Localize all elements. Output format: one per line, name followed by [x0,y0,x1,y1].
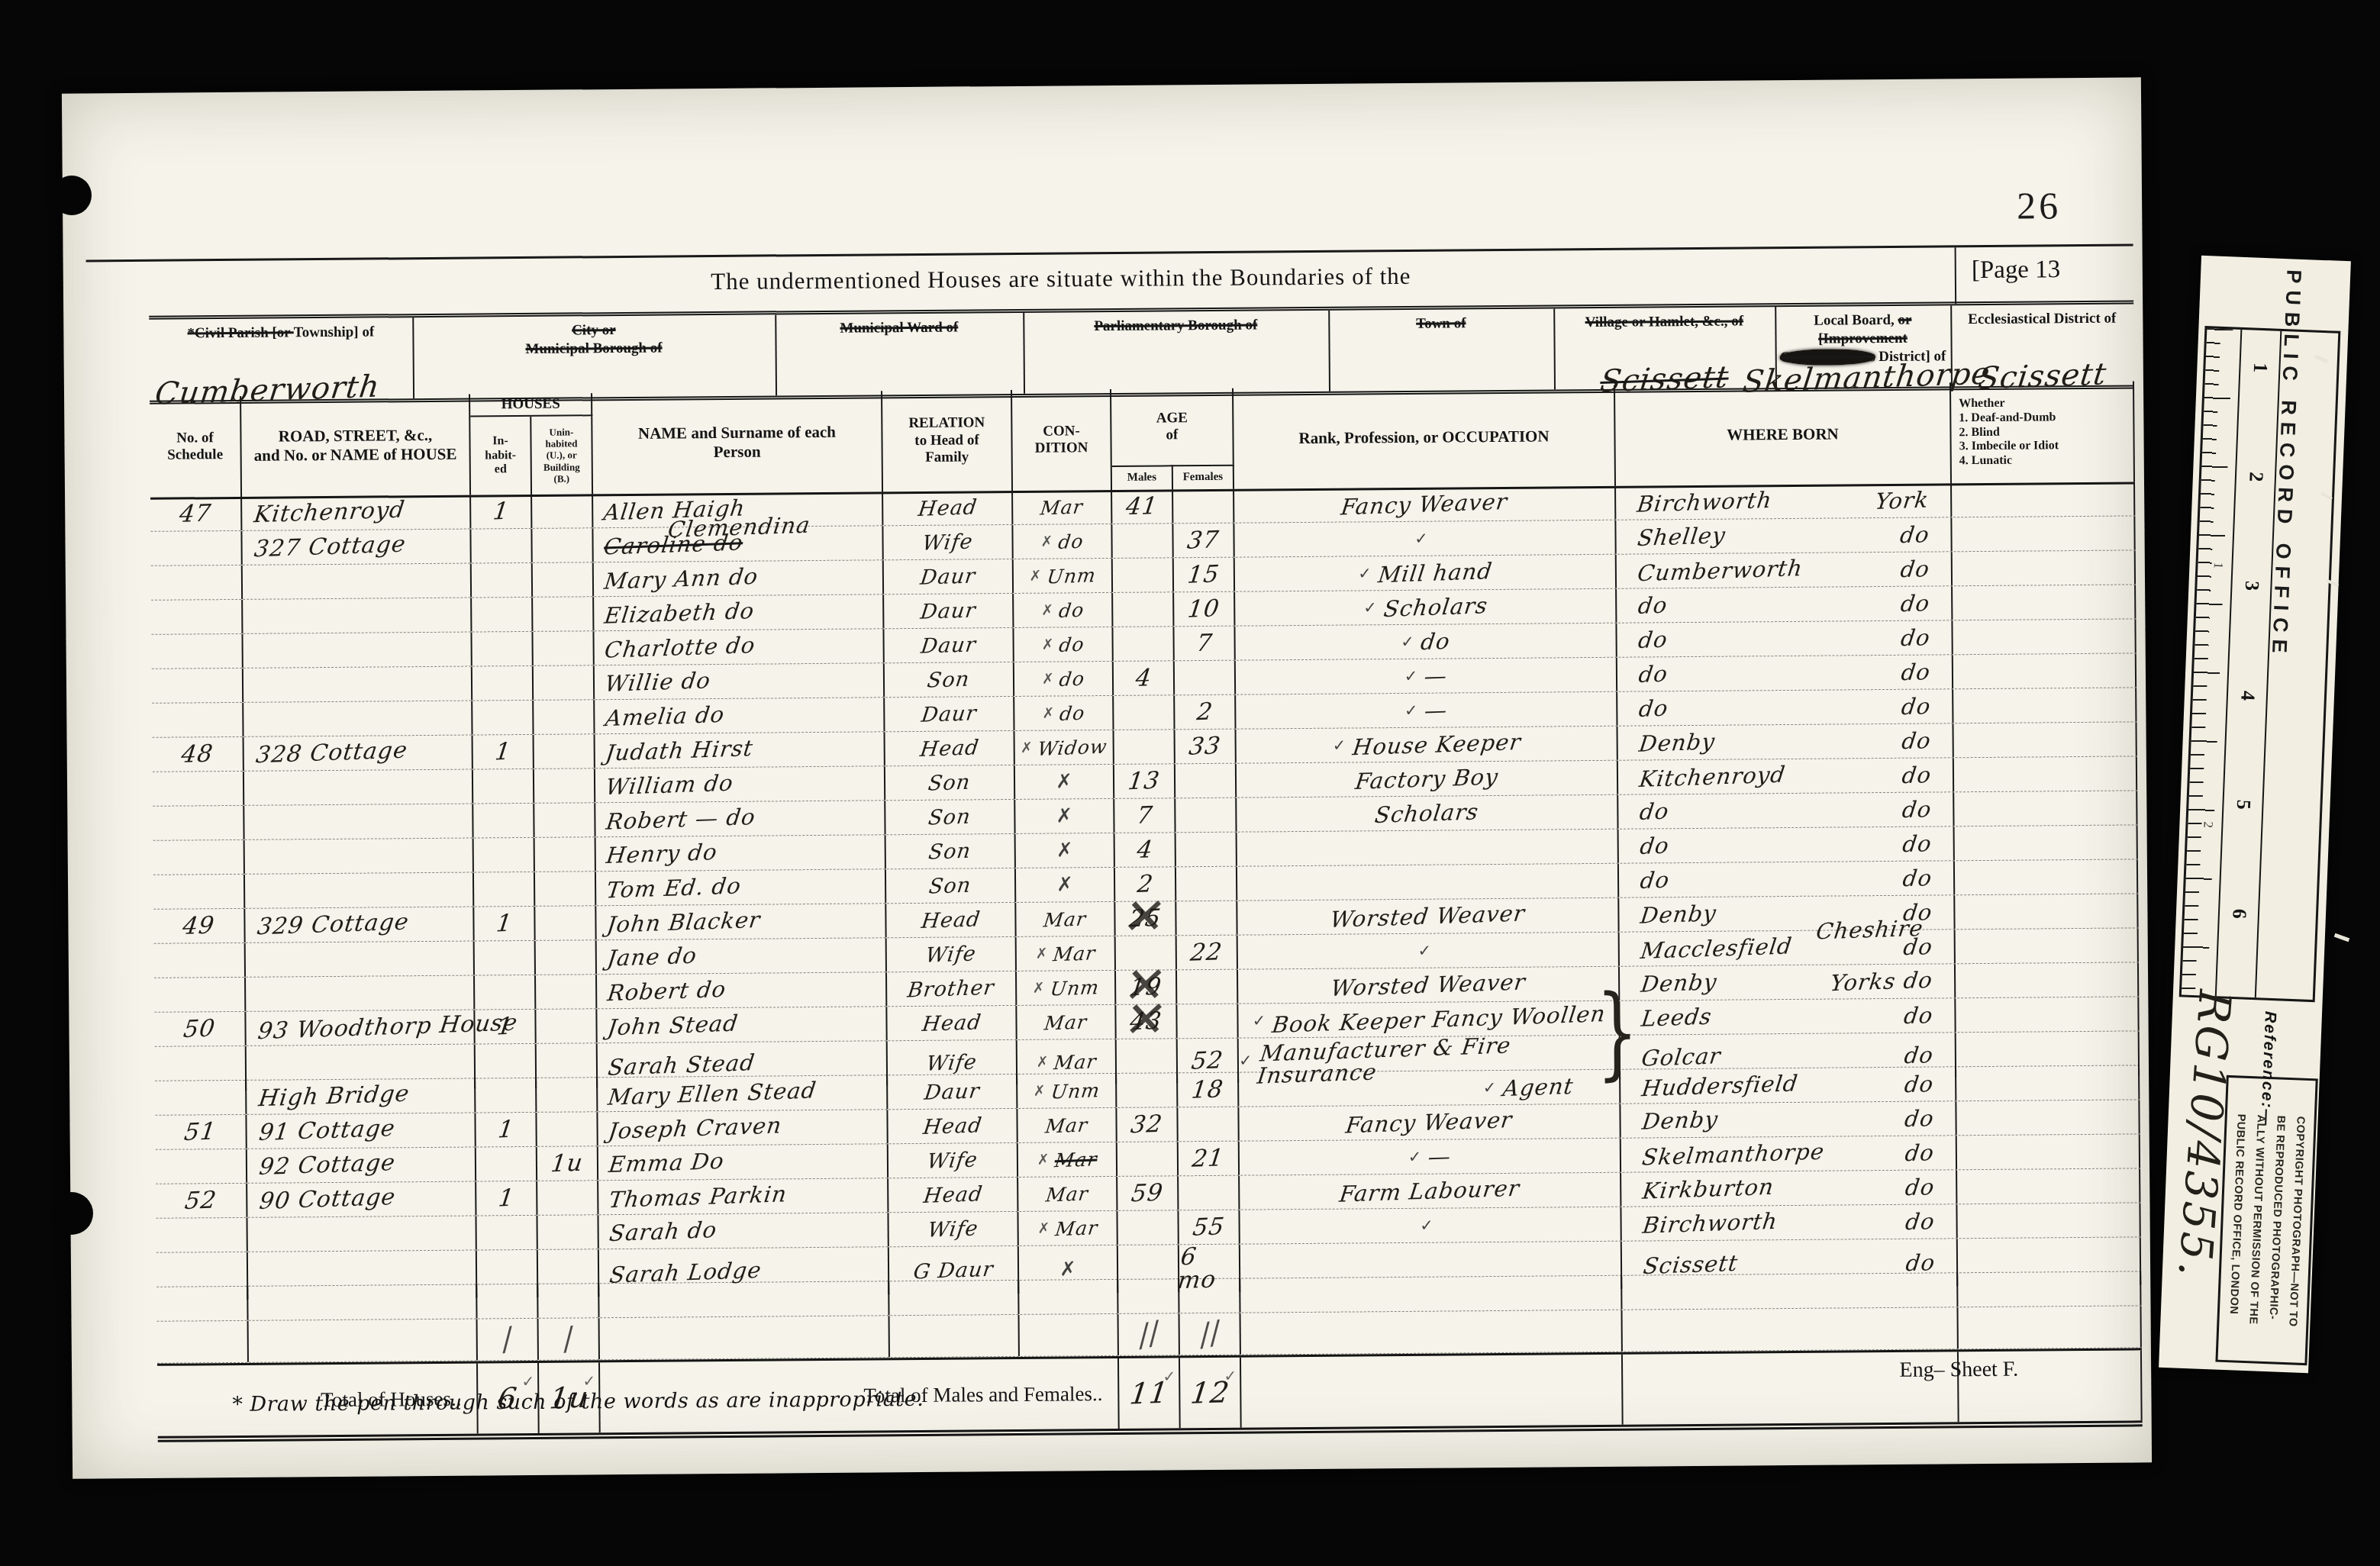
table-header: No. of Schedule ROAD, STREET, &c., and N… [150,381,2135,499]
cell-age-female [1176,901,1237,936]
cell-road [246,976,475,1011]
cell-condition: ✗Unm [1017,1074,1117,1108]
cell-age-female: 6 mo [1179,1245,1240,1293]
cell-uninhabited [536,975,597,1009]
cell-relation: Head [888,1178,1018,1212]
cell-occupation: ✓Mill hand [1235,555,1617,591]
cell-relation: Head [887,1006,1017,1040]
cell-where-born: dodo [1619,826,1955,862]
cell-occupation [1240,1276,1622,1313]
locality-label: Ecclesiastical District of [1950,304,2133,329]
cell-whether [1957,1168,2140,1203]
cell-condition: ✗ [1015,799,1114,833]
cell-uninhabited [534,665,595,700]
cell-uninhabited [532,528,593,562]
cell-uninhabited [535,837,596,872]
cell-inhabited [475,941,536,975]
cell-age-female: 22 [1177,936,1238,970]
cell-road [249,1319,478,1361]
copyright-stamp: COPYRIGHT PHOTOGRAPH—NOT TO BE REPRODUCE… [2215,1075,2317,1365]
cell-road: Kitchenroyd [242,495,471,530]
cell-inhabited: 1 [476,1113,537,1147]
cell-where-born: dodo [1619,861,1955,897]
cell-road [243,564,472,599]
cell-relation: Son [885,662,1014,697]
cell-whether [1956,1100,2140,1135]
cell-where-born: dodo [1618,792,1954,828]
cell-schedule: 49 [153,909,245,943]
cell-where-born: Kirkburtondo [1621,1170,1957,1206]
cell-name: Emma Do [598,1144,888,1180]
cell-occupation: ✓House Keeper [1237,727,1618,763]
cell-relation: Daur [884,594,1014,628]
locality-label: Municipal Ward of [775,313,1023,338]
cell-name: Robert do [597,972,887,1008]
cell-uninhabited [535,872,596,906]
page-number: 26 [2017,183,2061,227]
cell-age-female [1176,867,1237,901]
locality-cell: Municipal Ward of [775,313,1025,396]
cell-schedule [157,1321,249,1363]
cell-schedule [154,978,246,1012]
cell-schedule [151,634,243,669]
cell-schedule: 47 [150,497,242,531]
cell-occupation [1237,864,1619,901]
cell-uninhabited [537,1078,598,1112]
cell-age-female: 18 [1178,1073,1239,1107]
pro-reference-card: 1 2 123456 PUBLIC RECORD OFFICE Referenc… [2159,256,2351,1373]
cell-condition: ✗do [1014,696,1114,730]
copyright-text: COPYRIGHT PHOTOGRAPH—NOT TO BE REPRODUCE… [2223,1113,2311,1327]
ruler-small-number: 1 [2211,562,2226,569]
cell-relation: Head [885,731,1015,765]
cell-uninhabited [535,906,596,940]
cell-inhabited [476,1078,537,1113]
cell-age-female: 7 [1174,627,1235,661]
cell-relation [890,1315,1020,1357]
cell-whether [1952,516,2135,551]
cell-road [244,770,473,805]
cell-condition: ✗do [1013,524,1112,559]
punch-hole [52,176,92,215]
cell-schedule [155,1081,247,1115]
cell-road: 92 Cottage [247,1148,476,1183]
cell-condition: Mar [1017,1005,1116,1039]
cell-road [247,1216,476,1252]
cell-condition: ✗Widow [1015,730,1114,765]
cell-relation: Head [888,1109,1017,1143]
cell-whether [1954,791,2137,826]
cell-schedule [153,806,244,840]
locality-cell: City orMunicipal Borough of [412,314,777,398]
sheet-label: Eng– Sheet F. [1713,1358,2018,1384]
ruler-number: 5 [2231,799,2254,810]
cell-relation: Daur [884,628,1014,662]
col-road: ROAD, STREET, &c., and No. or NAME of HO… [241,395,471,497]
cell-road: 329 Cottage [245,907,474,942]
col-males: Males [1112,465,1173,490]
cell-relation: Wife [888,1212,1018,1246]
cell-where-born: Shelleydo [1616,517,1952,553]
cell-schedule: 50 [154,1012,246,1046]
col-whether: Whether 1. Deaf-and-Dumb 2. Blind 3. Imb… [1951,381,2135,483]
cell-inhabited: 1 [473,735,534,769]
cell-road: 328 Cottage [244,736,473,771]
cell-occupation: ✓ [1240,1207,1621,1244]
cell-relation: Son [886,834,1016,868]
cell-road [246,942,475,977]
cell-age-male: 4 [1115,833,1176,867]
cell-condition: ✗Mar [1018,1142,1117,1177]
cell-whether [1958,1271,2141,1307]
cell-age-male: 7 [1114,798,1175,833]
cell-occupation: Worsted Weaver [1237,898,1619,935]
cell-whether [1956,1065,2140,1100]
cell-whether [1955,859,2138,894]
locality-label: City orMunicipal Borough of [412,314,775,359]
cell-inhabited: 1 [471,495,532,529]
cell-age-female [1173,489,1234,524]
cell-where-born: dodo [1617,586,1953,622]
cell-condition: ✗do [1014,662,1114,696]
cell-road: 91 Cottage [247,1113,476,1149]
cell-inhabited [475,975,536,1010]
cell-name: Elizabeth do [594,594,884,630]
cell-where-born: Leedsdo [1620,998,1956,1034]
cell-road [243,667,472,702]
cell-name [599,1281,889,1317]
cell-where-born: dodo [1617,689,1953,725]
cell-schedule [154,943,246,978]
cell-name: Robert — do [595,801,885,836]
page-label: [Page 13 [1972,256,2061,285]
cell-relation: Son [886,868,1016,903]
cell-age-female: 37 [1173,524,1234,558]
cell-road [245,873,474,908]
cell-whether [1957,1134,2140,1169]
cell-condition: ✗Unm [1014,559,1113,593]
cell-inhabited [471,529,532,563]
cell-age-female [1176,833,1237,867]
cell-whether [1956,997,2139,1032]
locality-label: Local Board, or [ImprovementCommissioner… [1775,305,1951,366]
cell-relation: Wife [883,525,1013,559]
cell-inhabited [476,1147,537,1181]
cell-road [243,701,472,736]
cell-uninhabited [533,631,594,665]
cell-condition: ✗ [1015,765,1114,799]
cell-whether [1956,928,2139,963]
cell-schedule [151,600,243,634]
cell-name: Caroline doClemendina [593,526,883,562]
cell-whether [1955,825,2138,860]
cell-age-female: // [1180,1313,1241,1355]
census-sheet: 26 The undermentioned Houses are situate… [62,77,2152,1478]
census-scan: 26 The undermentioned Houses are situate… [0,0,2380,1566]
cell-road: High Bridge [247,1079,476,1114]
cell-relation: Wife [888,1143,1018,1178]
cell-age-female: 10 [1174,592,1235,627]
cell-inhabited: / [478,1319,539,1361]
cell-name: Tom Ed. do [596,869,886,905]
cell-condition: ✗do [1014,593,1113,627]
cell-where-born: dodo [1617,655,1953,691]
col-age: AGE of [1111,388,1234,466]
cell-uninhabited [533,562,594,597]
cell-condition: ✗do [1014,627,1113,662]
cell-age-male: 59 [1117,1176,1179,1210]
cell-inhabited [477,1284,538,1319]
cell-name [600,1316,890,1359]
cell-age-male [1117,1073,1178,1107]
ruler-number: 2 [2244,472,2267,482]
cell-whether [1953,585,2136,620]
cell-uninhabited [537,1215,598,1249]
cell-whether [1952,482,2135,517]
cell-age-male: // [1119,1313,1180,1355]
cell-uninhabited [534,803,595,837]
cell-road: 327 Cottage [242,530,471,565]
cell-road [243,598,472,633]
cell-condition: ✗Mar [1018,1211,1117,1245]
cell-occupation: Worsted Weaver [1238,967,1620,1004]
cell-name: Amelia do [595,698,885,733]
cell-relation: Head [886,903,1016,937]
locality-value: Scissett [1951,360,2134,392]
locality-cell: *Civil Parish [or Township] ofCumberwort… [149,317,414,401]
locality-cell: Ecclesiastical District ofScissett [1950,304,2134,386]
cell-age-female [1175,661,1236,695]
cell-whether [1958,1306,2141,1348]
cell-age-female: 33 [1175,730,1237,764]
cell-occupation [1237,830,1619,866]
cell-where-born [1622,1273,1958,1309]
cell-relation: Daur [888,1075,1017,1109]
cell-schedule [152,703,243,737]
cell-age-female: 55 [1179,1210,1240,1245]
cell-occupation: Factory Boy [1237,761,1618,797]
cell-age-female [1177,970,1238,1004]
col-relation: RELATION to Head of Family [882,390,1013,491]
cell-age-female [1178,1107,1239,1142]
locality-value: Cumberworth [150,374,419,407]
cell-age-female: 2 [1175,695,1236,730]
cell-road [244,804,473,839]
cell-age-male [1117,1210,1179,1245]
cell-where-born: Huddersfielddo [1621,1067,1956,1103]
cell-age-male: 4 [1114,661,1175,695]
cell-schedule [151,565,243,600]
cell-age-female [1177,1004,1238,1039]
cell-schedule: 52 [156,1184,247,1218]
cell-where-born: Denbydo [1617,723,1953,759]
col-inhabited: In- habit- ed [470,417,532,495]
cell-inhabited: 1 [474,907,535,941]
cell-uninhabited: / [539,1318,600,1360]
cell-age-female [1175,798,1237,833]
cell-relation: Son [885,765,1015,800]
cell-age-male: 43 [1116,1004,1177,1039]
cell-where-born: Birchworthdo [1621,1204,1957,1240]
cell-condition [1019,1280,1118,1314]
cell-relation: Daur [885,697,1014,731]
cell-uninhabited [532,494,593,528]
cell-uninhabited [534,768,595,803]
cell-name: Mary Ellen Stead [598,1075,888,1111]
cell-condition: Mar [1017,1108,1117,1142]
cell-name: Judath Hirst [595,732,885,768]
cell-road [248,1284,477,1319]
cell-whether [1953,619,2136,654]
cell-age-male: 32 [1117,1107,1178,1142]
cell-whether [1955,894,2138,929]
total-males: 11 [1119,1358,1181,1429]
cell-schedule [150,531,242,565]
cell-uninhabited [537,1181,598,1215]
table-rows: 47 Kitchenroyd 1 Allen Haigh Head Mar 41… [150,482,2143,1442]
cell-name: Jane do [597,938,887,974]
cell-occupation [1241,1310,1623,1355]
cell-occupation: ✓Scholars [1235,589,1617,626]
ruler-number: 1 [2248,362,2271,373]
cell-occupation: ✓ [1234,520,1616,557]
cell-occupation: Fancy Weaver [1239,1104,1621,1141]
cell-whether [1954,756,2137,791]
film-scratch [2334,933,2350,942]
punch-hole [50,1192,93,1235]
cell-inhabited [473,769,534,804]
cell-inhabited [472,632,533,666]
cell-condition: ✗Unm [1017,971,1116,1005]
cell-condition: ✗ [1016,868,1115,902]
cell-name: Joseph Craven [598,1110,888,1145]
cell-name: Sarah do [598,1213,888,1249]
locality-cell: Local Board, or [ImprovementCommissioner… [1775,305,1953,388]
cell-where-born: Kitchenroyddo [1618,758,1954,794]
cell-age-male: 25 [1115,901,1176,936]
cell-schedule [156,1149,247,1184]
cell-schedule [153,772,244,806]
cell-age-male [1112,524,1173,558]
cell-inhabited [474,838,535,872]
cell-condition: ✗Mar [1017,936,1116,971]
cell-whether [1953,688,2137,723]
cell-age-male [1114,695,1175,730]
locality-value: Skelmanthorpe [1743,362,1919,395]
cell-occupation: ✓ [1238,933,1620,969]
cell-schedule: 51 [155,1115,247,1149]
cell-schedule [156,1287,248,1321]
cell-age-male [1114,730,1175,764]
cell-whether [1957,1203,2140,1238]
cell-name: John Stead [597,1007,887,1042]
cell-age-male [1113,627,1174,661]
locality-label: *Civil Parish [or Township] of [149,317,412,343]
cell-schedule [153,840,245,875]
cell-road [245,839,474,874]
cell-occupation: Farm Labourer [1240,1173,1621,1210]
cell-whether [1953,550,2136,585]
cell-uninhabited: 1u [537,1146,598,1181]
cell-name: Charlotte do [594,629,884,665]
col-females: Females [1173,465,1234,490]
ruler-small-number: 2 [2201,821,2216,828]
locality-cell: Town of [1328,308,1556,391]
col-name: NAME and Surname of each Person [592,391,883,494]
cell-name: Thomas Parkin [598,1178,888,1214]
divider [1955,247,1957,304]
cell-condition: Mar [1013,490,1112,524]
cell-uninhabited [536,1009,597,1043]
col-uninhabited: Unin- habited (U.), or Building (B.) [531,416,593,495]
cell-name: Mary Ann do [594,560,884,596]
cell-relation: Brother [887,971,1017,1006]
cell-condition [1020,1314,1119,1356]
total-females: 12 [1180,1358,1242,1429]
cell-inhabited [472,701,534,735]
cell-name: William do [595,766,885,802]
cell-road: 93 Woodthorp House [246,1010,475,1046]
cell-road [243,633,472,668]
cell-age-male [1117,1142,1179,1176]
cell-whether [1956,962,2139,997]
cell-where-born: Denbydo [1621,1101,1956,1137]
cell-where-born: BirchworthYork [1616,483,1952,519]
cell-whether [1953,653,2137,688]
cell-relation: Wife [887,937,1017,971]
cell-relation: Head [883,491,1013,525]
cell-where-born [1622,1307,1958,1351]
cell-uninhabited [537,1112,598,1146]
ruler-number: 4 [2236,690,2259,701]
cell-occupation: ✓do [1235,623,1617,660]
cell-age-female: 15 [1174,558,1235,592]
cell-age-male [1113,592,1174,627]
total-occupation-blank [1241,1355,1624,1428]
cell-relation [889,1281,1019,1315]
cell-schedule [152,669,243,703]
cell-where-born: Cumberworthdo [1617,552,1953,588]
ruler-number: 6 [2227,908,2250,919]
cell-condition: Mar [1018,1177,1117,1211]
cell-where-born: dodo [1617,620,1953,656]
locality-label: Town of [1328,308,1553,333]
cell-occupation: Fancy Weaver [1234,486,1616,523]
cell-inhabited: 1 [476,1181,537,1216]
cell-occupation: Scholars [1237,795,1618,832]
cell-inhabited [472,598,533,632]
cell-uninhabited [533,597,594,631]
cell-name: Henry do [596,835,886,871]
cell-uninhabited [534,734,595,768]
cell-schedule [156,1218,247,1252]
cell-relation: Son [885,800,1015,834]
cell-age-female: 21 [1179,1142,1240,1176]
cell-name: Willie do [595,663,885,699]
cell-inhabited [472,666,534,701]
sheet-title: The undermentioned Houses are situate wi… [172,258,1950,299]
cell-uninhabited [538,1284,599,1318]
cell-where-born: Skelmanthorpedo [1621,1136,1957,1171]
cell-age-male [1118,1279,1179,1313]
cell-occupation: ✓— [1236,692,1617,729]
cell-relation: Daur [884,559,1014,594]
cell-inhabited [473,804,534,838]
cell-age-female [1179,1176,1240,1210]
cell-age-male [1113,558,1174,592]
cell-schedule [153,875,245,909]
cell-occupation: ✓— [1240,1139,1621,1175]
